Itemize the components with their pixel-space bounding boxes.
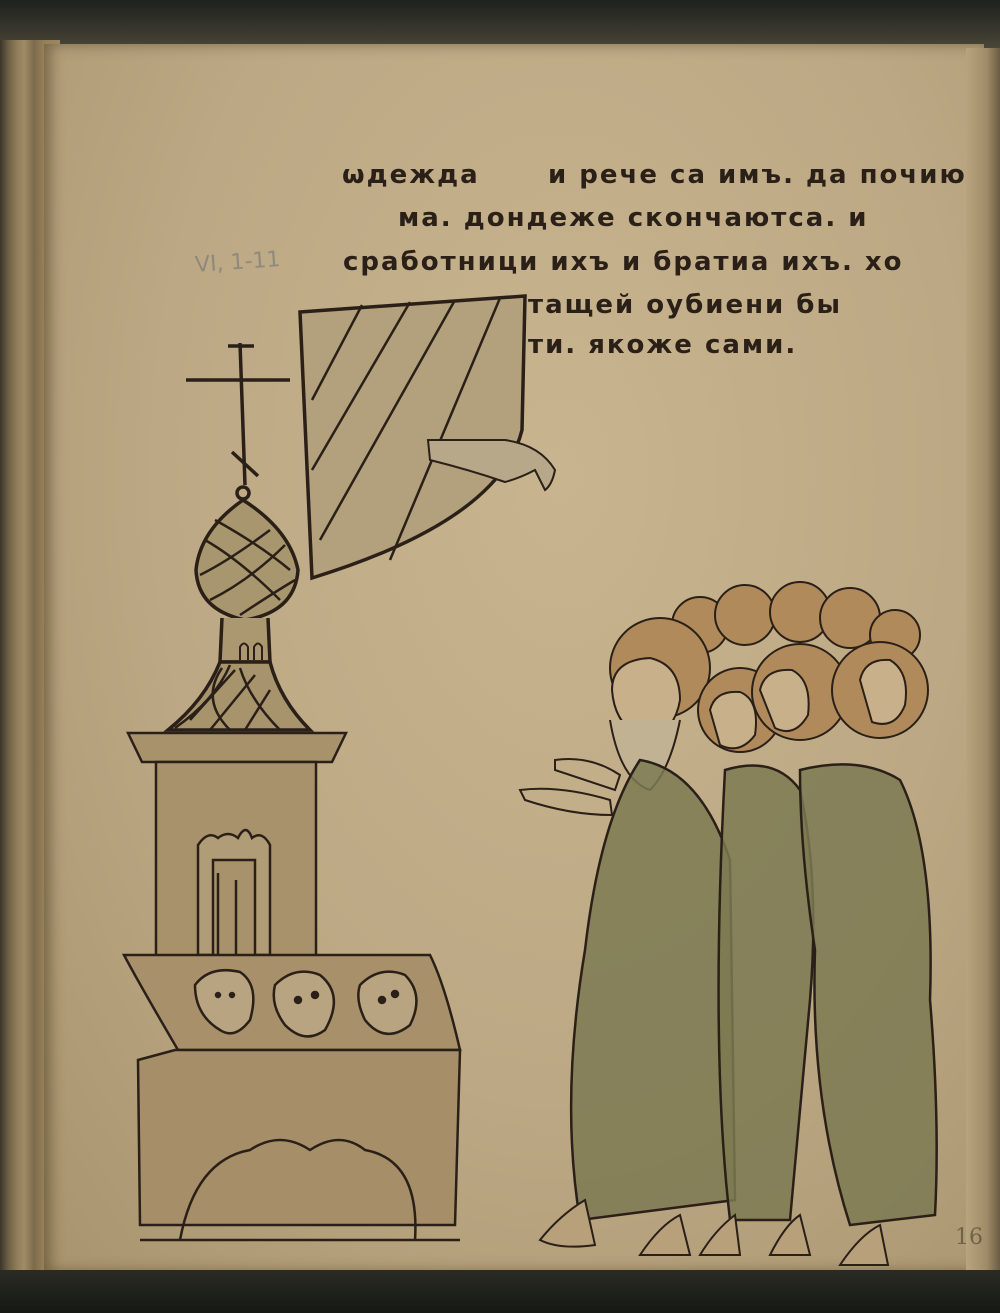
- heaven-segment-icon: [300, 296, 525, 578]
- three-heads-icon: [195, 970, 416, 1036]
- saints-hands-icon: [520, 759, 620, 815]
- saints-robes-icon: [571, 760, 937, 1225]
- church-dome-icon: [168, 343, 310, 730]
- illustration: [0, 0, 1000, 1313]
